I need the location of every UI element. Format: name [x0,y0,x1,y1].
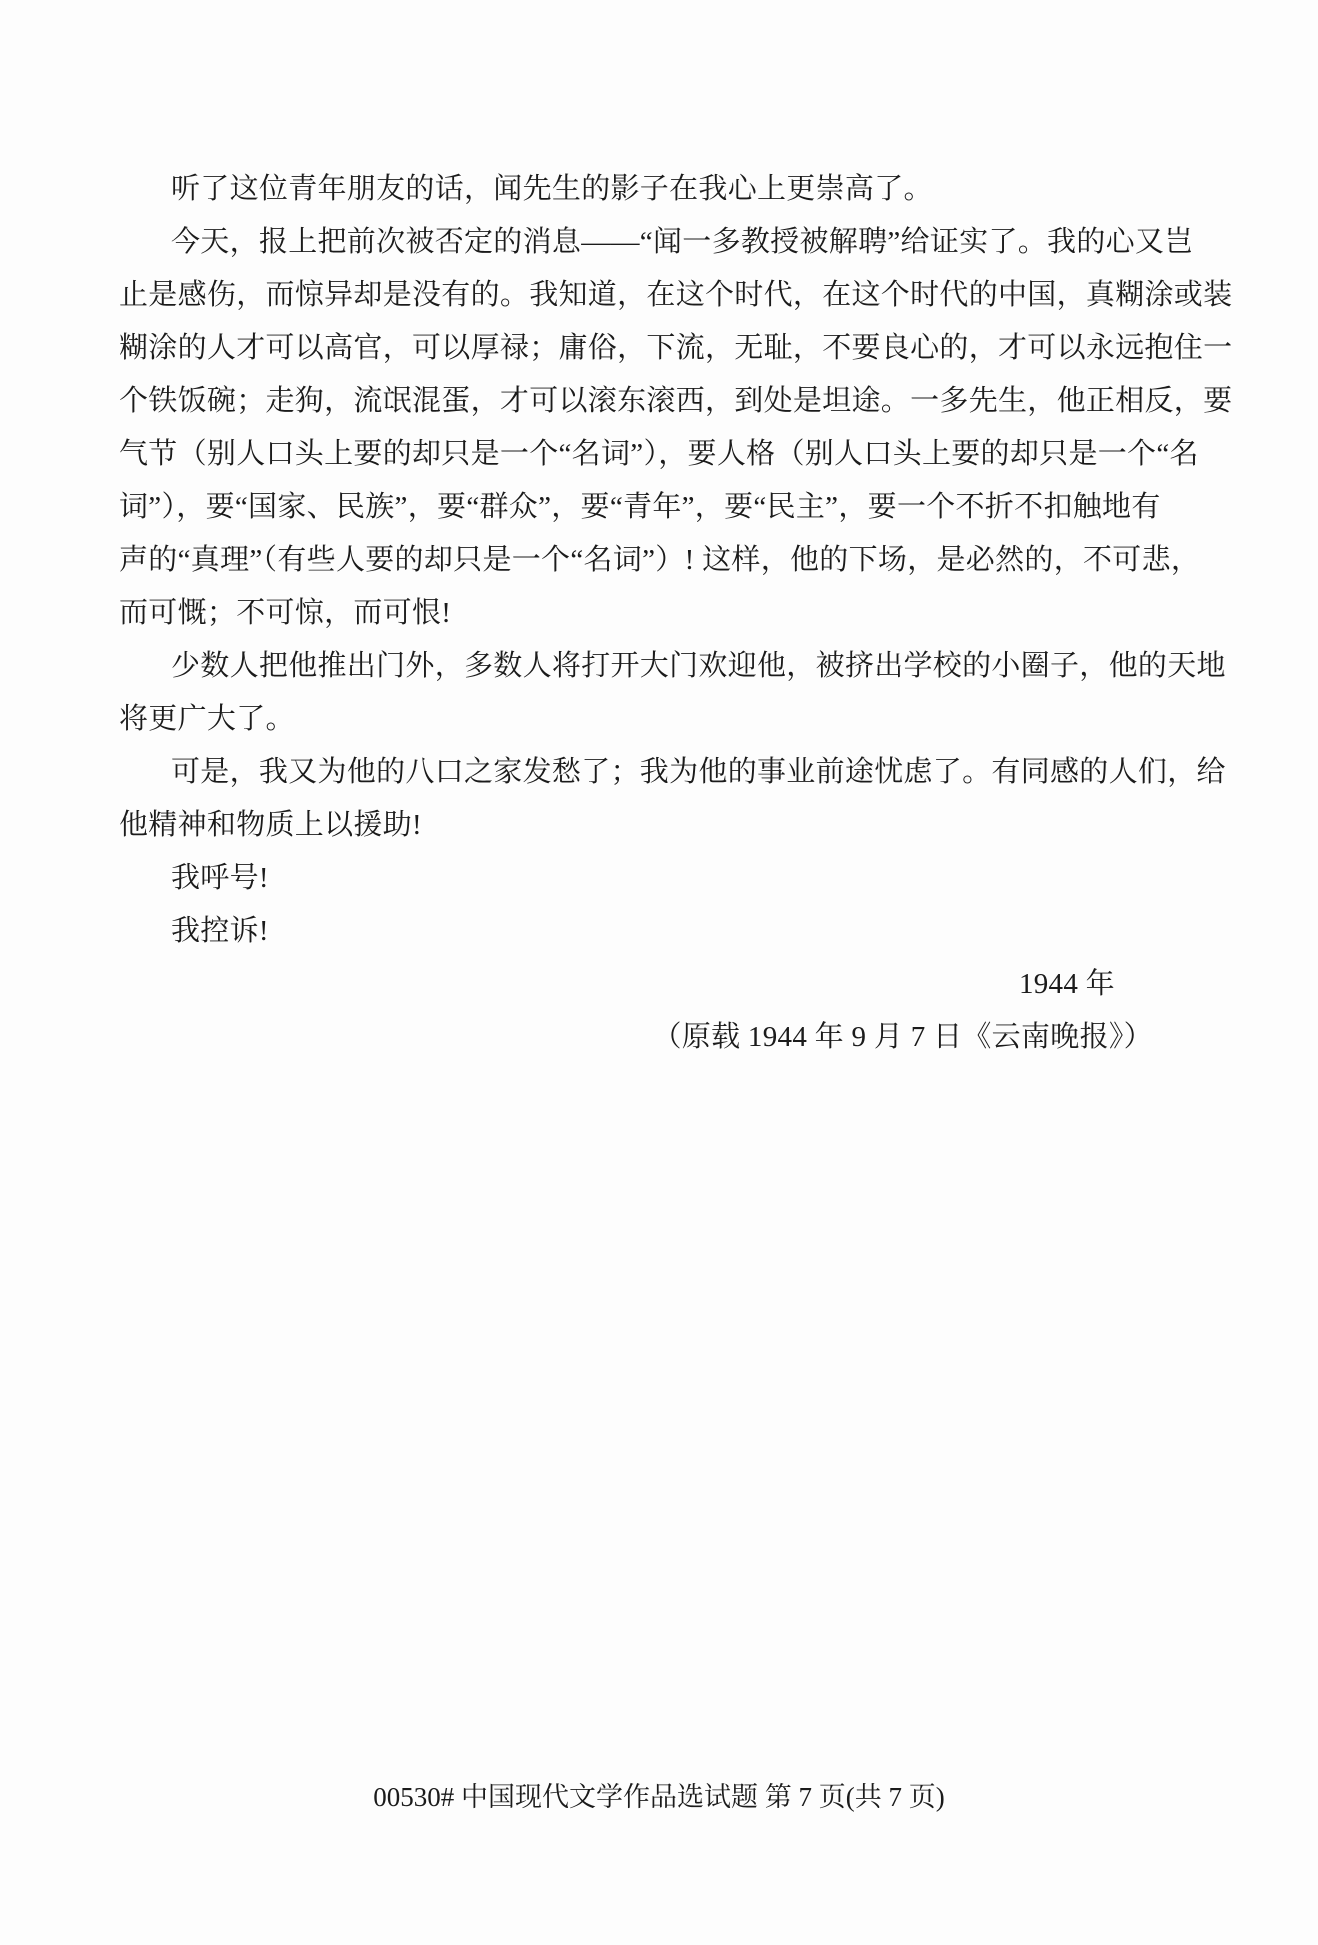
paragraph-line: 我呼号! [119,853,1221,906]
paragraph-line: 词”），要“国家、民族”，要“群众”，要“青年”，要“民主”，要一个不折不扣触地… [119,482,1221,535]
paragraph-line: 气节（别人口头上要的却只是一个“名词”），要人格（别人口头上要的却只是一个“名 [119,429,1221,482]
paragraph-line: 少数人把他推出门外，多数人将打开大门欢迎他，被挤出学校的小圈子，他的天地 [119,641,1221,694]
paragraph-line: 将更广大了。 [119,694,1221,747]
byline-year: 1944 年 [119,959,1221,1012]
scanned-exam-page: 听了这位青年朋友的话，闻先生的影子在我心上更崇高了。 今天，报上把前次被否定的消… [0,0,1318,1945]
paragraph-line: 个铁饭碗；走狗，流氓混蛋，才可以滚东滚西，到处是坦途。一多先生，他正相反，要 [119,376,1221,429]
paragraph-line: 而可慨；不可惊，而可恨! [119,588,1221,641]
paragraph-line: 今天，报上把前次被否定的消息——“闻一多教授被解聘”给证实了。我的心又岂 [119,217,1221,270]
paragraph-line: 他精神和物质上以援助! [119,800,1221,853]
page-footer: 00530# 中国现代文学作品选试题 第 7 页(共 7 页) [0,1780,1318,1814]
paragraph-line: 可是，我又为他的八口之家发愁了；我为他的事业前途忧虑了。有同感的人们，给 [119,747,1221,800]
paragraph-line: 声的“真理”（有些人要的却只是一个“名词”）! 这样，他的下场，是必然的，不可悲… [119,535,1221,588]
paragraph-line: 糊涂的人才可以高官，可以厚禄；庸俗，下流，无耻，不要良心的，才可以永远抱住一 [119,323,1221,376]
paragraph-line: 止是感伤，而惊异却是没有的。我知道，在这个时代，在这个时代的中国，真糊涂或装 [119,270,1221,323]
paragraph-line: 听了这位青年朋友的话，闻先生的影子在我心上更崇高了。 [119,164,1221,217]
paragraph-line: 我控诉! [119,906,1221,959]
byline-source: （原载 1944 年 9 月 7 日《云南晚报》） [119,1012,1221,1065]
document-body: 听了这位青年朋友的话，闻先生的影子在我心上更崇高了。 今天，报上把前次被否定的消… [119,164,1221,1065]
